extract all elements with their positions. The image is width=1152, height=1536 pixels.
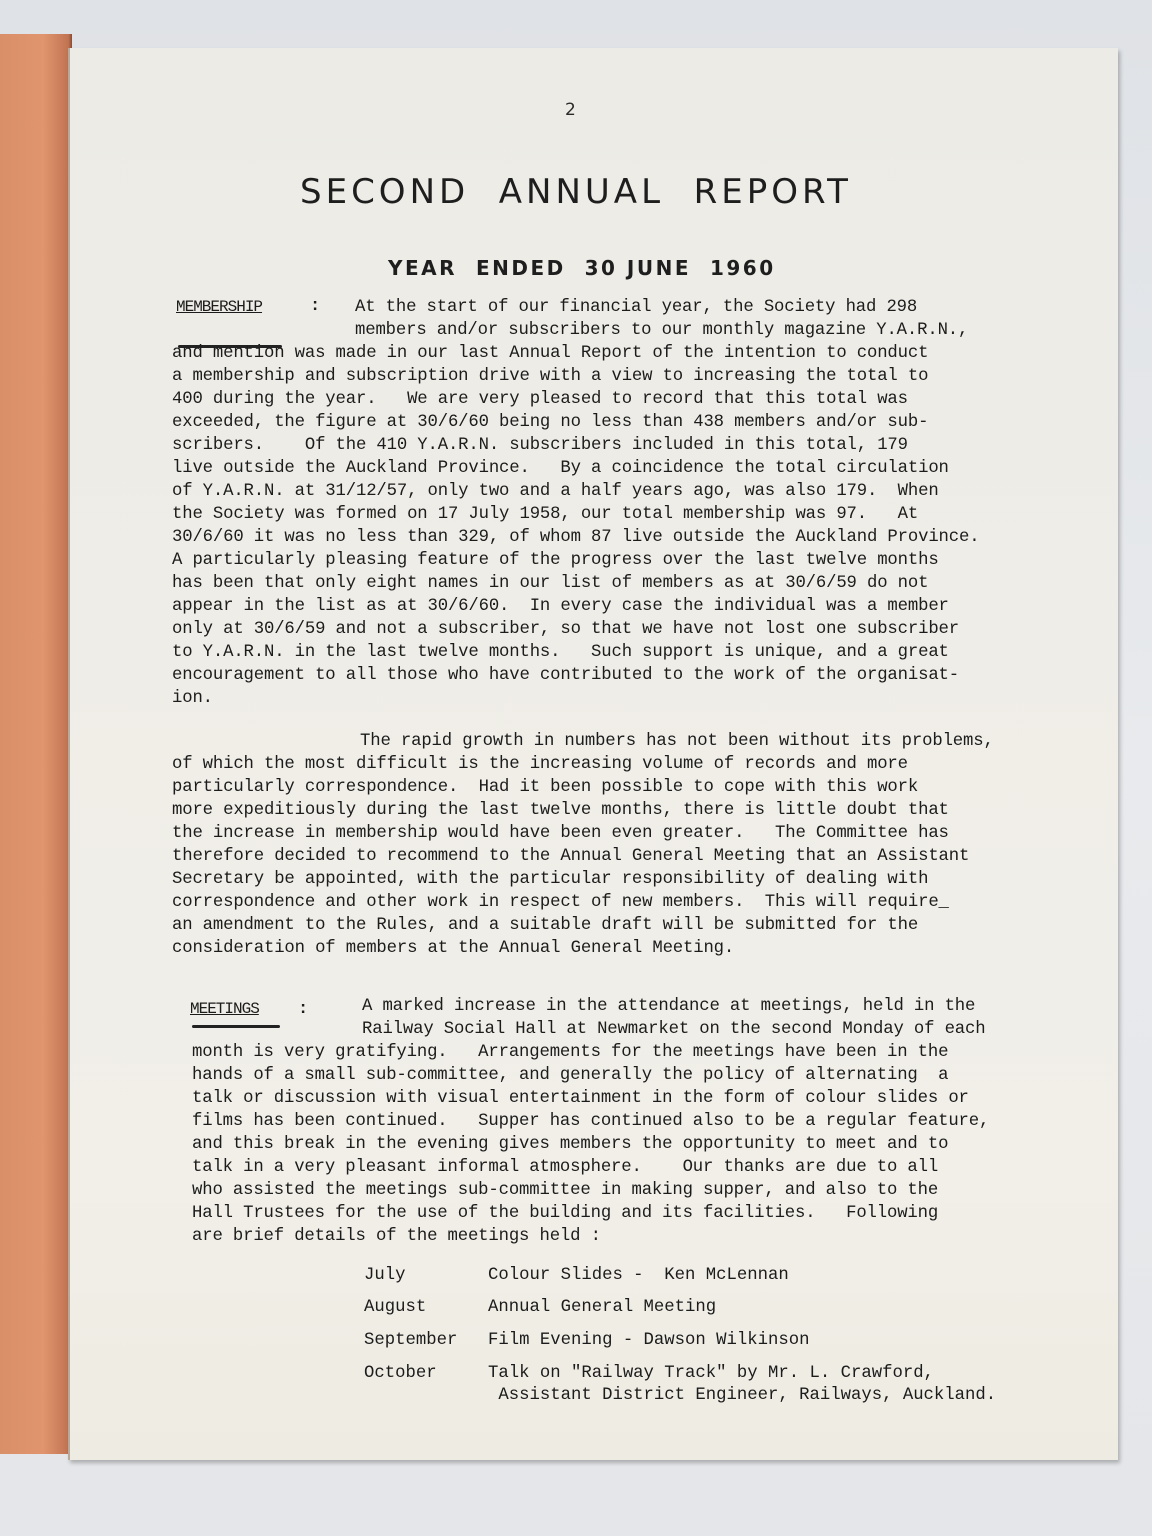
- membership-p2-line: correspondence and other work in respect…: [172, 892, 949, 915]
- meetings-heading-underline: [192, 1025, 280, 1028]
- membership-colon: :: [310, 297, 320, 316]
- meeting-month: August: [364, 1298, 426, 1317]
- membership-line: 400 during the year. We are very pleased…: [172, 389, 908, 412]
- membership-line: encouragement to all those who have cont…: [172, 665, 959, 688]
- meetings-line: are brief details of the meetings held :: [192, 1226, 601, 1249]
- membership-p2-line: the increase in membership would have be…: [172, 823, 949, 846]
- meeting-description: Talk on "Railway Track" by Mr. L. Crawfo…: [488, 1364, 934, 1383]
- membership-p2-line: The rapid growth in numbers has not been…: [360, 731, 994, 754]
- membership-line: exceeded, the figure at 30/6/60 being no…: [172, 412, 928, 435]
- meeting-description: Colour Slides - Ken McLennan: [488, 1266, 789, 1285]
- membership-p2-line: Secretary be appointed, with the particu…: [172, 869, 928, 892]
- membership-line: ion.: [172, 688, 213, 711]
- meeting-description: Film Evening - Dawson Wilkinson: [488, 1331, 809, 1350]
- meetings-line: month is very gratifying. Arrangements f…: [192, 1042, 948, 1065]
- membership-line: live outside the Auckland Province. By a…: [172, 458, 949, 481]
- membership-line: the Society was formed on 17 July 1958, …: [172, 504, 918, 527]
- membership-p2-line: particularly correspondence. Had it been…: [172, 777, 918, 800]
- membership-heading: MEMBERSHIP: [176, 298, 262, 316]
- report-subtitle: YEAR ENDED 30 JUNE 1960: [388, 256, 776, 280]
- meetings-heading: MEETINGS: [190, 1000, 259, 1018]
- meetings-colon: :: [298, 1000, 308, 1019]
- report-title: SECOND ANNUAL REPORT: [300, 172, 920, 212]
- meeting-month: September: [364, 1331, 457, 1350]
- membership-line: scribers. Of the 410 Y.A.R.N. subscriber…: [172, 435, 908, 458]
- meetings-line: films has been continued. Supper has con…: [192, 1111, 989, 1134]
- membership-line: a membership and subscription drive with…: [172, 366, 928, 389]
- membership-p2-line: therefore decided to recommend to the An…: [172, 846, 969, 869]
- meeting-description: Assistant District Engineer, Railways, A…: [488, 1386, 996, 1405]
- meetings-line: talk or discussion with visual entertain…: [192, 1088, 969, 1111]
- meetings-line: Railway Social Hall at Newmarket on the …: [362, 1019, 985, 1042]
- membership-p2-line: an amendment to the Rules, and a suitabl…: [172, 915, 918, 938]
- membership-p2-line: consideration of members at the Annual G…: [172, 938, 734, 961]
- membership-line: 30/6/60 it was no less than 329, of whom…: [172, 527, 979, 550]
- membership-line: members and/or subscribers to our monthl…: [355, 320, 968, 343]
- meeting-description: Annual General Meeting: [488, 1298, 716, 1317]
- membership-line: to Y.A.R.N. in the last twelve months. S…: [172, 642, 949, 665]
- membership-p2-line: of which the most difficult is the incre…: [172, 754, 908, 777]
- meetings-line: and this break in the evening gives memb…: [192, 1134, 948, 1157]
- meeting-month: October: [364, 1364, 437, 1383]
- page-number: 2: [565, 100, 576, 120]
- membership-line: has been that only eight names in our li…: [172, 573, 928, 596]
- membership-line: At the start of our financial year, the …: [355, 297, 917, 320]
- membership-line: appear in the list as at 30/6/60. In eve…: [172, 596, 949, 619]
- meetings-line: Hall Trustees for the use of the buildin…: [192, 1203, 938, 1226]
- membership-line: of Y.A.R.N. at 31/12/57, only two and a …: [172, 481, 939, 504]
- meetings-line: hands of a small sub-committee, and gene…: [192, 1065, 948, 1088]
- meetings-line: talk in a very pleasant informal atmosph…: [192, 1157, 938, 1180]
- meetings-line: A marked increase in the attendance at m…: [362, 996, 975, 1019]
- meeting-month: July: [364, 1266, 405, 1285]
- membership-p2-line: more expeditiously during the last twelv…: [172, 800, 949, 823]
- membership-line: A particularly pleasing feature of the p…: [172, 550, 939, 573]
- meetings-line: who assisted the meetings sub-committee …: [192, 1180, 938, 1203]
- membership-line: and mention was made in our last Annual …: [172, 343, 928, 366]
- orange-booklet-cover: [0, 34, 72, 1454]
- membership-line: only at 30/6/59 and not a subscriber, so…: [172, 619, 959, 642]
